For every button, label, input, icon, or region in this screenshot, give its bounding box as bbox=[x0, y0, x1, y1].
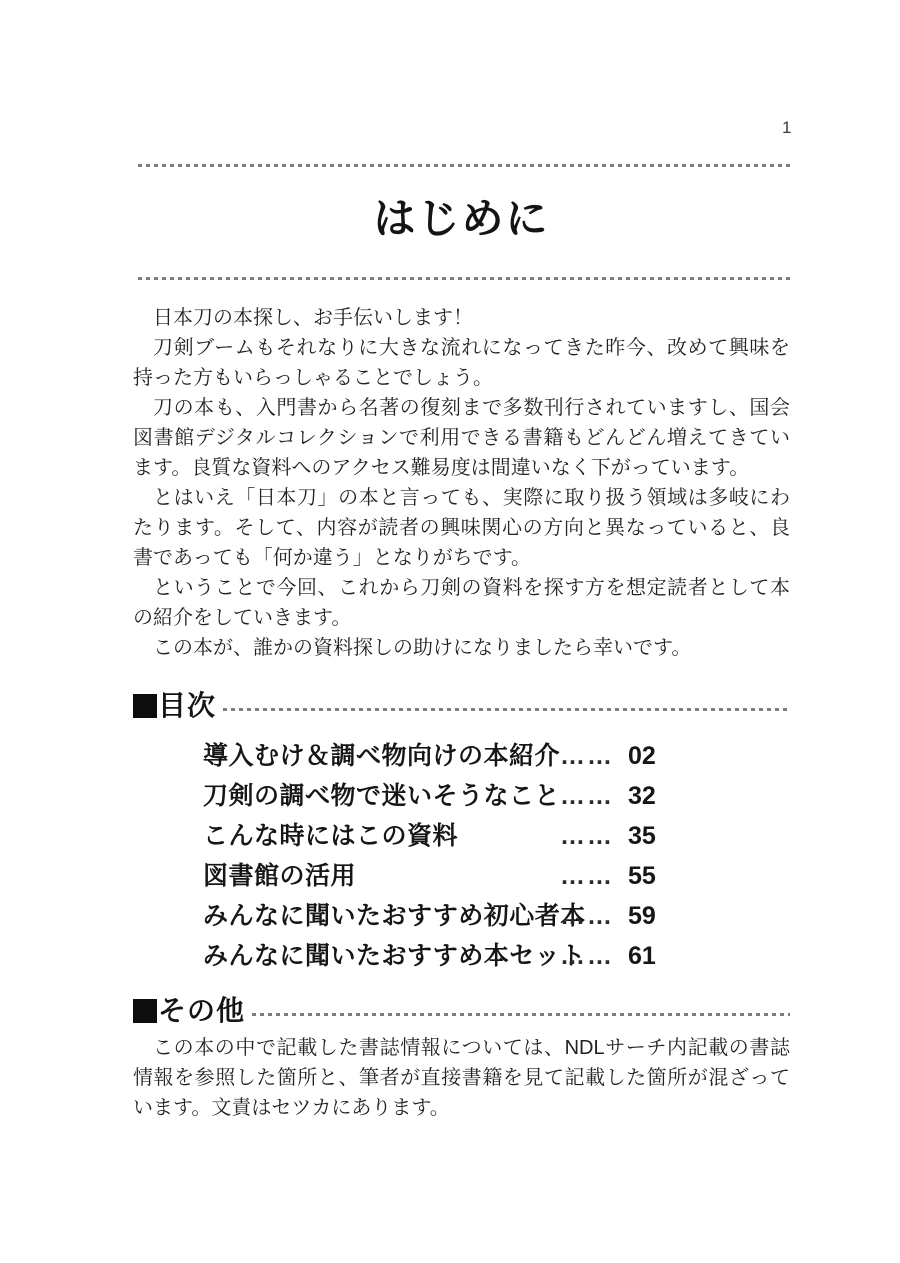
paragraph: 刀の本も、入門書から名著の復刻まで多数刊行されていますし、国会図書館デジタルコレ… bbox=[133, 393, 790, 483]
toc-section-header: 目次 bbox=[133, 691, 790, 721]
toc-row: みんなに聞いたおすすめ初心者本 …… 59 bbox=[203, 896, 790, 936]
toc-page-number: 32 bbox=[628, 776, 790, 816]
toc-row: 刀剣の調べ物で迷いそうなこと …… 32 bbox=[203, 776, 790, 816]
toc-row: 導入むけ＆調べ物向けの本紹介 …… 02 bbox=[203, 736, 790, 776]
other-section-header: その他 bbox=[133, 996, 790, 1026]
toc-page-number: 02 bbox=[628, 736, 790, 776]
toc-item-label: 導入むけ＆調べ物向けの本紹介 bbox=[203, 736, 560, 776]
toc-page-number: 55 bbox=[628, 856, 790, 896]
toc-list: 導入むけ＆調べ物向けの本紹介 …… 02 刀剣の調べ物で迷いそうなこと …… 3… bbox=[203, 736, 790, 976]
toc-leader-dots: …… bbox=[560, 856, 628, 896]
paragraph: 刀剣ブームもそれなりに大きな流れになってきた昨今、改めて興味を持った方もいらっし… bbox=[133, 333, 790, 393]
paragraph: この本の中で記載した書誌情報については、NDLサーチ内記載の書誌情報を参照した箇… bbox=[133, 1033, 790, 1123]
toc-page-number: 59 bbox=[628, 896, 790, 936]
page-title: はじめに bbox=[133, 193, 790, 245]
toc-leader-dots: …… bbox=[560, 736, 628, 776]
toc-item-label: みんなに聞いたおすすめ本セット bbox=[203, 936, 560, 976]
toc-leader-dots: …… bbox=[560, 936, 628, 976]
other-header-divider bbox=[252, 1013, 790, 1016]
toc-row: みんなに聞いたおすすめ本セット …… 61 bbox=[203, 936, 790, 976]
intro-text: 日本刀の本探し、お手伝いします！ 刀剣ブームもそれなりに大きな流れになってきた昨… bbox=[133, 303, 790, 663]
toc-leader-dots: …… bbox=[560, 776, 628, 816]
toc-heading: 目次 bbox=[158, 691, 216, 721]
toc-row: こんな時にはこの資料 …… 35 bbox=[203, 816, 790, 856]
toc-item-label: こんな時にはこの資料 bbox=[203, 816, 560, 856]
toc-page-number: 61 bbox=[628, 936, 790, 976]
title-divider-top bbox=[138, 164, 790, 167]
toc-item-label: 図書館の活用 bbox=[203, 856, 560, 896]
toc-leader-dots: …… bbox=[560, 816, 628, 856]
toc-leader-dots: …… bbox=[560, 896, 628, 936]
paragraph: この本が、誰かの資料探しの助けになりましたら幸いです。 bbox=[133, 633, 790, 663]
black-square-icon bbox=[133, 999, 157, 1023]
black-square-icon bbox=[133, 694, 157, 718]
title-divider-bottom bbox=[138, 277, 790, 280]
other-section-text: この本の中で記載した書誌情報については、NDLサーチ内記載の書誌情報を参照した箇… bbox=[133, 1033, 790, 1123]
paragraph: 日本刀の本探し、お手伝いします！ bbox=[133, 303, 790, 333]
toc-item-label: みんなに聞いたおすすめ初心者本 bbox=[203, 896, 560, 936]
scanned-book-page: 1 はじめに 日本刀の本探し、お手伝いします！ 刀剣ブームもそれなりに大きな流れ… bbox=[0, 0, 900, 1263]
paragraph: とはいえ「日本刀」の本と言っても、実際に取り扱う領域は多岐にわたります。そして、… bbox=[133, 483, 790, 573]
toc-row: 図書館の活用 …… 55 bbox=[203, 856, 790, 896]
page-content: はじめに 日本刀の本探し、お手伝いします！ 刀剣ブームもそれなりに大きな流れにな… bbox=[133, 0, 790, 1123]
toc-item-label: 刀剣の調べ物で迷いそうなこと bbox=[203, 776, 560, 816]
paragraph: ということで今回、これから刀剣の資料を探す方を想定読者として本の紹介をしていきま… bbox=[133, 573, 790, 633]
toc-header-divider bbox=[223, 708, 790, 711]
toc-page-number: 35 bbox=[628, 816, 790, 856]
other-heading: その他 bbox=[158, 996, 245, 1026]
